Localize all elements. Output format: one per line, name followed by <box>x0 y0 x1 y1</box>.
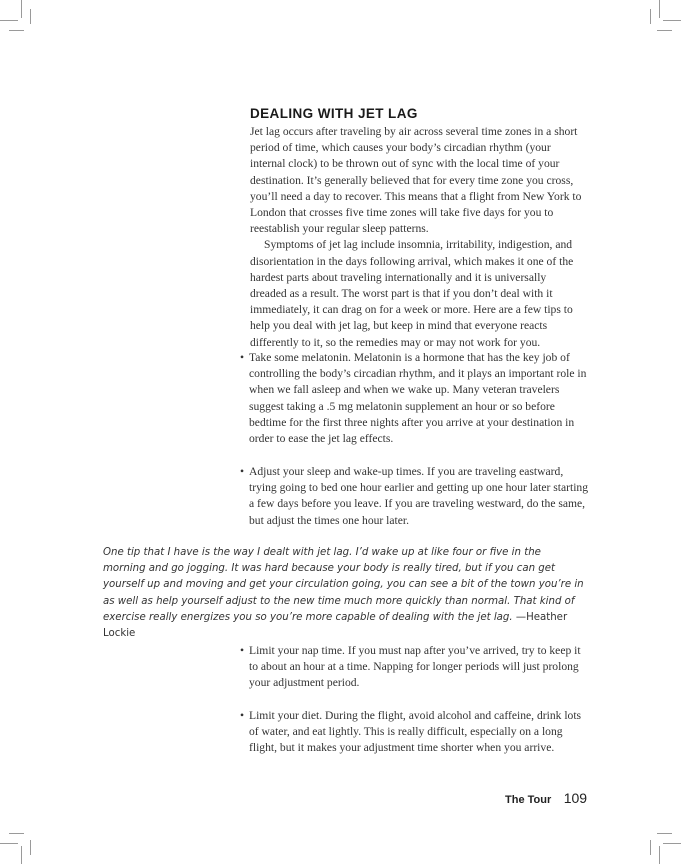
tip-list-item: • Limit your diet. During the flight, av… <box>240 708 591 757</box>
crop-mark <box>650 840 651 855</box>
tip-list-item: • Adjust your sleep and wake-up times. I… <box>240 464 591 529</box>
bullet-icon: • <box>240 464 244 480</box>
book-page: DEALING WITH JET LAG Jet lag occurs afte… <box>0 0 681 864</box>
tip-text: Limit your diet. During the flight, avoi… <box>249 709 581 754</box>
page-number: 109 <box>564 790 587 806</box>
crop-mark <box>21 0 22 18</box>
crop-mark <box>0 843 18 844</box>
intro-text: Jet lag occurs after traveling by air ac… <box>250 124 582 351</box>
crop-mark <box>659 846 660 864</box>
section-heading: DEALING WITH JET LAG <box>250 106 418 121</box>
crop-mark <box>650 9 651 24</box>
bullet-icon: • <box>240 350 244 366</box>
page-footer: The Tour 109 <box>505 790 587 808</box>
tip-text: Adjust your sleep and wake-up times. If … <box>249 465 588 527</box>
crop-mark <box>663 20 681 21</box>
crop-mark <box>663 843 681 844</box>
running-footer-section: The Tour <box>505 794 551 806</box>
pull-quote: One tip that I have is the way I dealt w… <box>103 545 585 642</box>
quote-text: One tip that I have is the way I dealt w… <box>103 547 584 623</box>
crop-mark <box>0 20 18 21</box>
tip-list-item: • Limit your nap time. If you must nap a… <box>240 643 591 692</box>
crop-mark <box>30 9 31 24</box>
crop-mark <box>659 0 660 18</box>
tip-text: Take some melatonin. Melatonin is a horm… <box>249 351 586 445</box>
tip-list-item: • Take some melatonin. Melatonin is a ho… <box>240 350 591 447</box>
crop-mark <box>21 846 22 864</box>
crop-mark <box>657 833 672 834</box>
bullet-icon: • <box>240 643 244 659</box>
paragraph: Jet lag occurs after traveling by air ac… <box>250 124 582 237</box>
bullet-icon: • <box>240 708 244 724</box>
paragraph: Symptoms of jet lag include insomnia, ir… <box>250 237 582 350</box>
crop-mark <box>30 840 31 855</box>
crop-mark <box>9 833 24 834</box>
tip-text: Limit your nap time. If you must nap aft… <box>249 644 581 689</box>
crop-mark <box>657 30 672 31</box>
crop-mark <box>9 30 24 31</box>
